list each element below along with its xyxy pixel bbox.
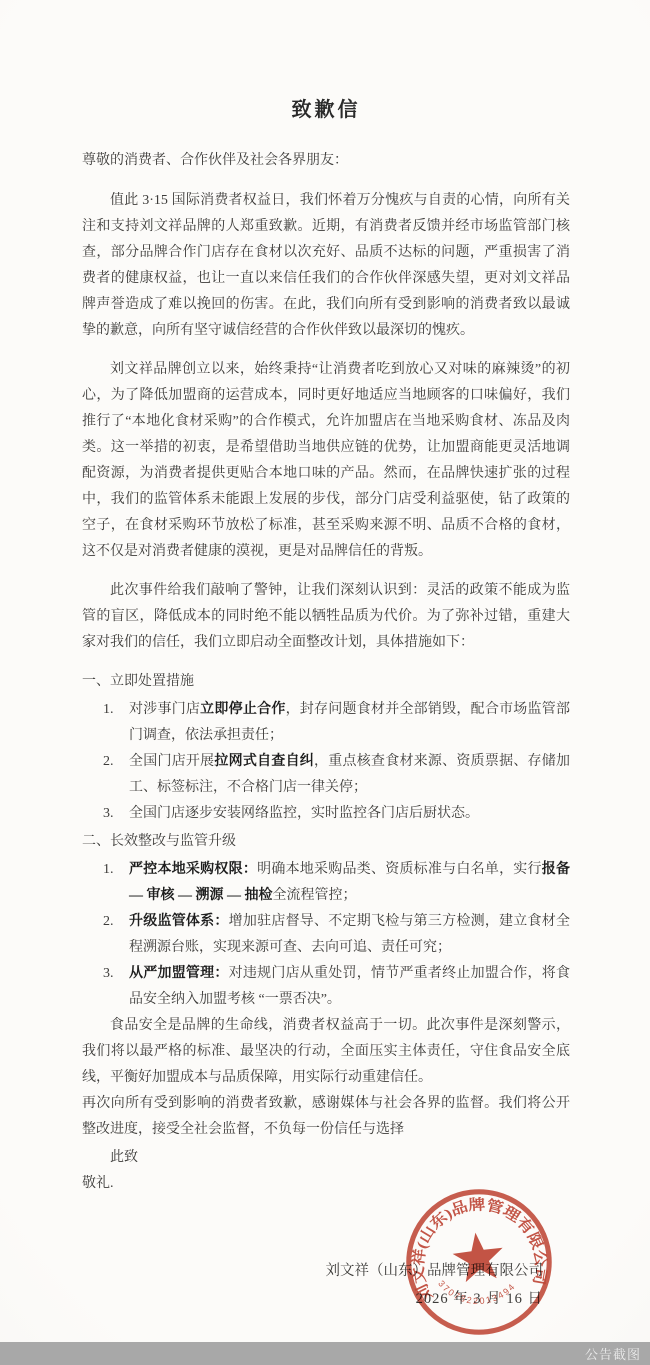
- body-text: 值此 3·15 国际消费者权益日，我们怀着万分愧疚与自责的心情，向所有关注和支持…: [82, 193, 570, 338]
- paragraph-thanks: 再次向所有受到影响的消费者致歉，感谢媒体与社会各界的监督。我们将公开整改进度，接…: [82, 1091, 570, 1143]
- watermark-label: 公告截图: [585, 1344, 641, 1363]
- body-text: 对涉事门店: [129, 702, 200, 717]
- document-body: 致歉信 尊敬的消费者、合作伙伴及社会各界朋友： 值此 3·15 国际消费者权益日…: [0, 0, 650, 1197]
- salutation: 尊敬的消费者、合作伙伴及社会各界朋友：: [82, 148, 570, 174]
- item-text: 全国门店逐步安装网络监控，实时监控各门店后厨状态。: [129, 801, 570, 827]
- item-text: 严控本地采购权限：明确本地采购品类、资质标准与白名单，实行报备 — 审核 — 溯…: [129, 857, 570, 909]
- paragraph-commitment: 食品安全是品牌的生命线，消费者权益高于一切。此次事件是深刻警示，我们将以最严格的…: [82, 1013, 570, 1091]
- item-number: 2.: [103, 749, 129, 801]
- section-immediate-measures: 一、立即处置措施: [82, 669, 570, 695]
- item-number: 1.: [103, 697, 129, 749]
- emphasis-text: 立即停止合作: [200, 702, 285, 717]
- item-text: 全国门店开展拉网式自查自纠，重点核查食材来源、资质票据、存储加工、标签标注，不合…: [129, 749, 570, 801]
- list-item-1-2: 2.全国门店开展拉网式自查自纠，重点核查食材来源、资质票据、存储加工、标签标注，…: [82, 749, 570, 801]
- list-item-1-3: 3.全国门店逐步安装网络监控，实时监控各门店后厨状态。: [82, 801, 570, 827]
- emphasis-text: 拉网式自查自纠: [214, 754, 314, 769]
- body-text: 全流程管控；: [273, 888, 357, 903]
- seal-graphic: 刘文祥(山东)品牌管理有限公司 3707822013494: [384, 1174, 574, 1350]
- star-icon: [450, 1230, 506, 1284]
- paragraph-apology: 值此 3·15 国际消费者权益日，我们怀着万分愧疚与自责的心情，向所有关注和支持…: [82, 188, 570, 344]
- list-item-2-3: 3.从严加盟管理：对违规门店从重处罚，情节严重者终止加盟合作，将食品安全纳入加盟…: [82, 961, 570, 1013]
- emphasis-text: 从严加盟管理：: [129, 966, 229, 981]
- list-item-2-2: 2.升级监管体系：增加驻店督导、不定期飞检与第三方检测，建立食材全程溯源台账，实…: [82, 909, 570, 961]
- item-number: 2.: [103, 909, 129, 961]
- item-text: 升级监管体系：增加驻店督导、不定期飞检与第三方检测，建立食材全程溯源台账，实现来…: [129, 909, 570, 961]
- item-number: 3.: [103, 801, 129, 827]
- item-number: 3.: [103, 961, 129, 1013]
- body-text: 全国门店开展: [129, 754, 214, 769]
- apology-letter-page: 致歉信 尊敬的消费者、合作伙伴及社会各界朋友： 值此 3·15 国际消费者权益日…: [0, 0, 650, 1365]
- list-item-1-1: 1.对涉事门店立即停止合作，封存问题食材并全部销毁，配合市场监管部门调查，依法承…: [82, 697, 570, 749]
- body-text: 明确本地采购品类、资质标准与白名单，实行: [257, 862, 542, 877]
- document-blocks: 值此 3·15 国际消费者权益日，我们怀着万分愧疚与自责的心情，向所有关注和支持…: [82, 188, 570, 1197]
- body-text: 再次向所有受到影响的消费者致歉，感谢媒体与社会各界的监督。我们将公开整改进度，接…: [82, 1096, 570, 1137]
- watermark-bar: 公告截图: [0, 1342, 650, 1365]
- body-text: 全国门店逐步安装网络监控，实时监控各门店后厨状态。: [129, 806, 479, 821]
- body-text: 刘文祥品牌创立以来，始终秉持“让消费者吃到放心又对味的麻辣烫”的初心，为了降低加…: [82, 362, 570, 559]
- body-text: 此次事件给我们敲响了警钟，让我们深刻认识到：灵活的政策不能成为监管的盲区，降低成…: [82, 583, 570, 650]
- body-text: 食品安全是品牌的生命线，消费者权益高于一切。此次事件是深刻警示，我们将以最严格的…: [82, 1018, 570, 1085]
- page-title: 致歉信: [82, 96, 570, 124]
- company-seal-stamp: 刘文祥(山东)品牌管理有限公司 3707822013494: [384, 1174, 574, 1350]
- paragraph-background: 刘文祥品牌创立以来，始终秉持“让消费者吃到放心又对味的麻辣烫”的初心，为了降低加…: [82, 357, 570, 565]
- item-text: 从严加盟管理：对违规门店从重处罚，情节严重者终止加盟合作，将食品安全纳入加盟考核…: [129, 961, 570, 1013]
- emphasis-text: 严控本地采购权限：: [129, 862, 257, 877]
- closing-cizhi: 此致: [82, 1145, 570, 1171]
- item-number: 1.: [103, 857, 129, 909]
- paragraph-lesson: 此次事件给我们敲响了警钟，让我们深刻认识到：灵活的政策不能成为监管的盲区，降低成…: [82, 578, 570, 656]
- emphasis-text: 升级监管体系：: [129, 914, 229, 929]
- seal-serial-number: 3707822013494: [436, 1270, 520, 1311]
- section-longterm-reform: 二、长效整改与监管升级: [82, 829, 570, 855]
- item-text: 对涉事门店立即停止合作，封存问题食材并全部销毁，配合市场监管部门调查，依法承担责…: [129, 697, 570, 749]
- list-item-2-1: 1.严控本地采购权限：明确本地采购品类、资质标准与白名单，实行报备 — 审核 —…: [82, 857, 570, 909]
- svg-text:3707822013494: 3707822013494: [436, 1270, 520, 1311]
